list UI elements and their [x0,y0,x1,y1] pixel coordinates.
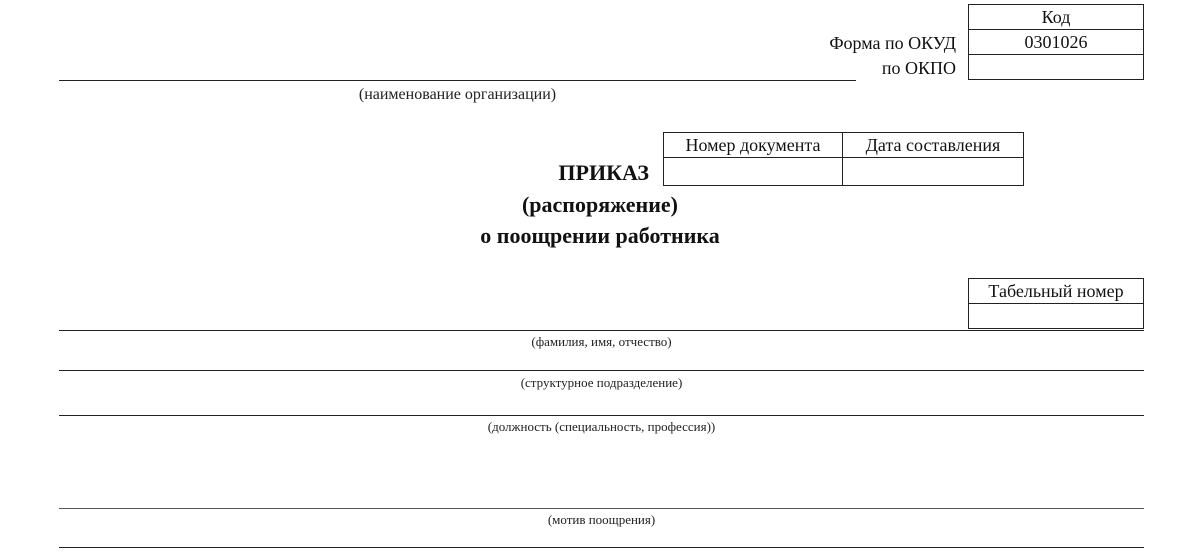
document-number-cell[interactable] [664,158,843,186]
okud-label: Форма по ОКУД [829,33,956,54]
position-field-line[interactable] [59,415,1144,416]
code-header: Код [969,5,1144,30]
title-subject: о поощрении работника [400,223,800,249]
document-date-cell[interactable] [843,158,1024,186]
full-name-caption: (фамилия, имя, отчество) [59,334,1144,350]
okud-code-cell[interactable]: 0301026 [969,30,1144,55]
department-caption: (структурное подразделение) [59,375,1144,391]
motive-continuation-line[interactable] [59,547,1144,548]
document-table: Номер документа Дата составления [663,132,1024,186]
department-field-line[interactable] [59,370,1144,371]
organization-field-line[interactable] [59,80,856,81]
okpo-label: по ОКПО [882,58,956,79]
codes-table: Код 0301026 [968,4,1144,80]
full-name-field-line[interactable] [59,330,1144,331]
document-date-header: Дата составления [843,133,1024,158]
title-order: ПРИКАЗ [558,160,649,186]
personnel-number-cell[interactable] [969,304,1144,329]
personnel-number-table: Табельный номер [968,278,1144,329]
position-caption: (должность (специальность, профессия)) [59,419,1144,435]
organization-caption: (наименование организации) [59,86,856,104]
okpo-code-cell[interactable] [969,55,1144,80]
motive-field-line[interactable] [59,508,1144,509]
title-directive: (распоряжение) [400,192,800,218]
document-number-header: Номер документа [664,133,843,158]
personnel-number-header: Табельный номер [969,279,1144,304]
motive-caption: (мотив поощрения) [59,512,1144,528]
